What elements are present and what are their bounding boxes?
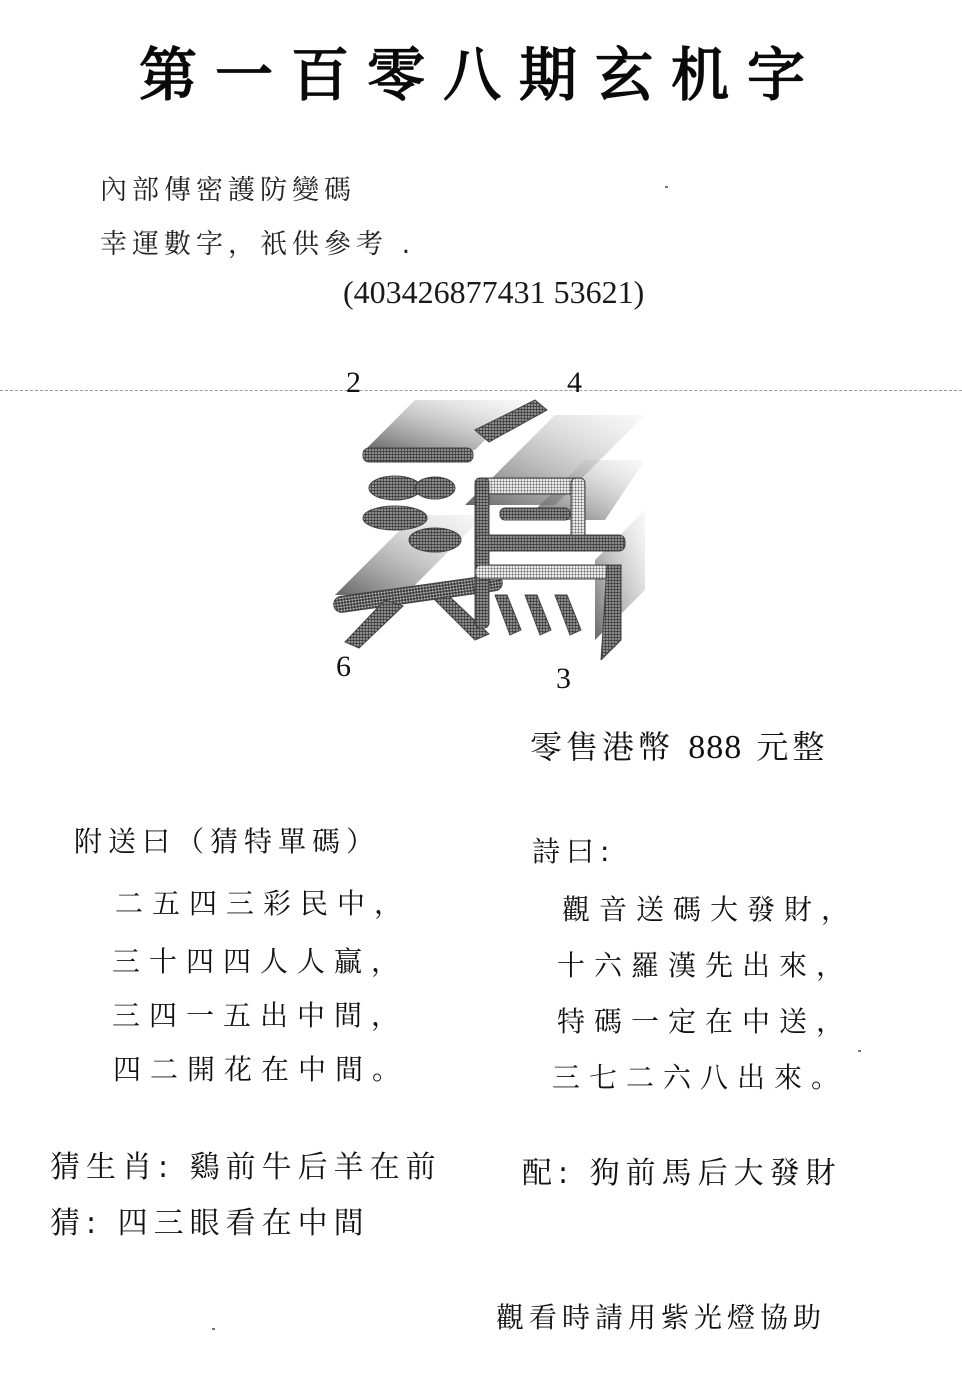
scan-speck <box>665 186 668 188</box>
price-suffix: 元整 <box>756 728 828 766</box>
price-prefix: 零售港幣 <box>530 728 674 766</box>
price-amount: 888 <box>688 729 742 766</box>
scan-speck <box>212 1328 215 1330</box>
left-poem-line-1: 二五四三彩民中， <box>115 882 411 922</box>
scan-speck <box>858 1050 861 1052</box>
right-poem-line-3: 特碼一定在中送， <box>557 1000 853 1040</box>
left-poem-heading: 附送曰（猜特單碼） <box>74 820 380 860</box>
footer-note: 觀看時請用紫光燈協助 <box>496 1296 826 1336</box>
right-poem-heading: 詩曰: <box>532 830 615 870</box>
page-title: 第一百零八期玄机字 <box>0 28 962 112</box>
left-poem-line-3: 三四一五出中間， <box>112 994 408 1034</box>
right-poem-line-4: 三七二六八出來。 <box>552 1056 848 1096</box>
retail-price: 零售港幣 888 元整 <box>530 722 828 768</box>
zodiac-pair: 配: 狗前馬后大發財 <box>522 1148 842 1192</box>
right-poem-line-1: 觀音送碼大發財， <box>562 888 858 928</box>
corner-number-bottom-right: 3 <box>556 662 571 696</box>
chicken-character-icon <box>325 390 655 660</box>
eyes-guess: 猜: 四三眼看在中間 <box>50 1198 370 1242</box>
left-poem-line-2: 三十四四人人贏， <box>112 940 408 980</box>
zodiac-guess: 猜生肖: 鷄前牛后羊在前 <box>50 1142 442 1186</box>
feature-character-graphic <box>325 390 655 660</box>
left-poem-line-4: 四二開花在中間。 <box>113 1048 409 1088</box>
intro-line-2: 幸運數字，祇供參考 . <box>100 222 415 261</box>
lucky-numbers: (403426877431 53621) <box>343 274 644 311</box>
right-poem-line-2: 十六羅漢先出來， <box>557 944 853 984</box>
intro-line-1: 內部傳密護防變碼 <box>100 168 356 207</box>
